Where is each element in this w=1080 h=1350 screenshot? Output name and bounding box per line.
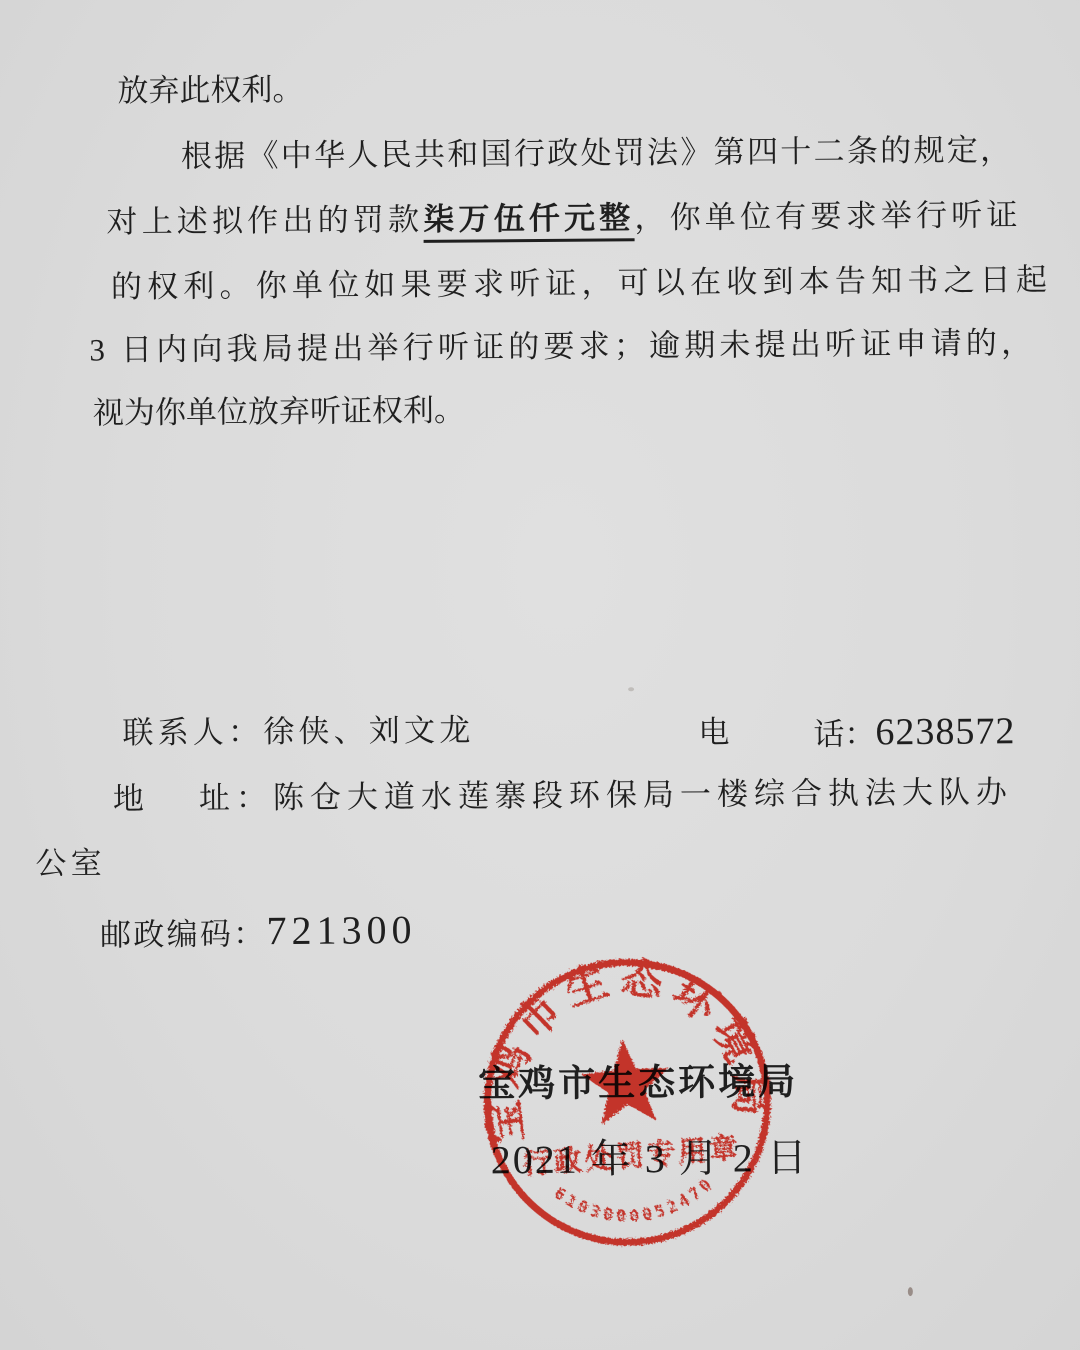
postal-label: 邮政编码： xyxy=(100,916,267,952)
phone-line: 话：6238572 xyxy=(813,712,1015,752)
postal-code: 721300 xyxy=(266,907,416,953)
address-label-first-char: 地 xyxy=(113,783,144,814)
scan-smudge xyxy=(628,687,634,691)
address-line: 址：陈仓大道水莲寨段环保局一楼综合执法大队办 xyxy=(199,776,1013,813)
address-wrap-line: 公室 xyxy=(35,847,106,879)
fine-amount-underlined: 柒万伍仟元整 xyxy=(423,200,635,243)
paragraph-line-5: 3 日内向我局提出举行听证的要求；逾期未提出听证申请的， xyxy=(89,327,1036,365)
fine-sentence-prefix: 对上述拟作出的罚款 xyxy=(106,202,423,239)
official-seal-graphic: 宝鸡市生态环境局 行政处罚专用章 6103000052470 xyxy=(475,950,779,1254)
postal-line: 邮政编码：721300 xyxy=(100,910,417,952)
seal-center-text: 行政处罚专用章 xyxy=(521,1131,741,1181)
fine-sentence-suffix: ，你单位有要求举行听证 xyxy=(634,197,1021,235)
contact-person-line: 联系人：徐侠、刘文龙 xyxy=(122,715,474,749)
paragraph-line-1: 放弃此权利。 xyxy=(117,74,303,106)
phone-label-first-char: 电 xyxy=(698,717,729,748)
paragraph-line-4: 的权利。你单位如果要求听证，可以在收到本告知书之日起 xyxy=(111,264,1052,302)
phone-number: 6238572 xyxy=(875,710,1015,753)
official-seal: 宝鸡市生态环境局 行政处罚专用章 6103000052470 xyxy=(475,950,779,1254)
paragraph-line-3: 对上述拟作出的罚款柒万伍仟元整，你单位有要求举行听证 xyxy=(106,199,1021,237)
phone-label-second-char: 话： xyxy=(813,716,875,751)
document-content: 放弃此权利。 根据《中华人民共和国行政处罚法》第四十二条的规定， 对上述拟作出的… xyxy=(0,0,1080,1350)
red-star-icon xyxy=(579,1036,673,1126)
scan-speck xyxy=(908,1287,913,1296)
paragraph-line-6: 视为你单位放弃听证权利。 xyxy=(93,395,465,429)
paragraph-line-2: 根据《中华人民共和国行政处罚法》第四十二条的规定， xyxy=(181,134,1014,172)
scanned-document-page: 放弃此权利。 根据《中华人民共和国行政处罚法》第四十二条的规定， 对上述拟作出的… xyxy=(0,0,1080,1350)
